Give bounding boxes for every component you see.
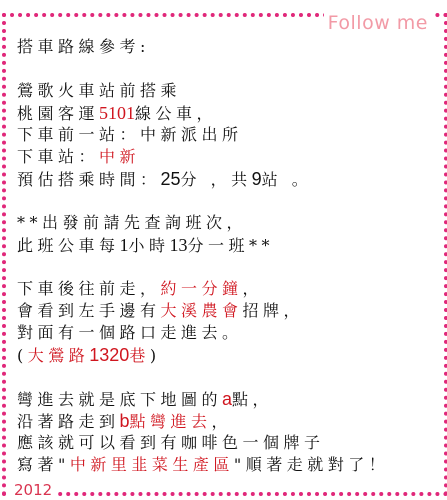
title: 搭車路線參考: xyxy=(17,36,437,58)
notice-line-1: **出發前請先查詢班次， xyxy=(17,212,437,234)
stop-name: 中新 xyxy=(99,147,140,166)
route-line-1: 鶯歌火車站前搭乘 xyxy=(17,80,437,102)
route-line-3: 下車前一站：中新派出所 xyxy=(17,124,437,146)
route-line-5: 預估搭乘時間：25分 ，共9站 。 xyxy=(17,168,437,190)
directions-line-2: 會看到左手邊有大溪農會招牌， xyxy=(17,300,437,322)
map-line-3: 應該就可以看到有咖啡色一個牌子 xyxy=(17,432,437,454)
route-instructions: 搭車路線參考: 鶯歌火車站前搭乘 桃園客運5101線公車， 下車前一站：中新派出… xyxy=(17,36,437,476)
landmark: 大溪農會 xyxy=(161,301,243,320)
point-b: b xyxy=(120,411,130,431)
sign-text: 中新里韭菜生產區 xyxy=(70,455,234,474)
alley-address: (大鶯路1320巷) xyxy=(17,344,437,366)
route-line-4: 下車站：中新 xyxy=(17,146,437,168)
year-label: 2012 xyxy=(10,482,56,498)
directions-line-1: 下車後往前走，約一分鐘， xyxy=(17,278,437,300)
stop-count: 9 xyxy=(252,169,262,189)
bus-number: 5101 xyxy=(99,103,135,123)
walk-time: 約一分鐘 xyxy=(161,279,243,298)
notice-line-2: 此班公車每1小時13分一班** xyxy=(17,234,437,256)
directions-line-3: 對面有一個路口走進去。 xyxy=(17,322,437,344)
map-line-1: 彎進去就是底下地圖的a點， xyxy=(17,388,437,410)
point-a: a xyxy=(222,389,232,409)
route-line-2: 桃園客運5101線公車， xyxy=(17,102,437,124)
map-line-4: 寫著"中新里韭菜生產區"順著走就對了！ xyxy=(17,454,437,476)
follow-me-label: Follow me xyxy=(324,13,432,33)
ride-minutes: 25 xyxy=(161,169,181,189)
map-line-2: 沿著路走到b點彎進去， xyxy=(17,410,437,432)
